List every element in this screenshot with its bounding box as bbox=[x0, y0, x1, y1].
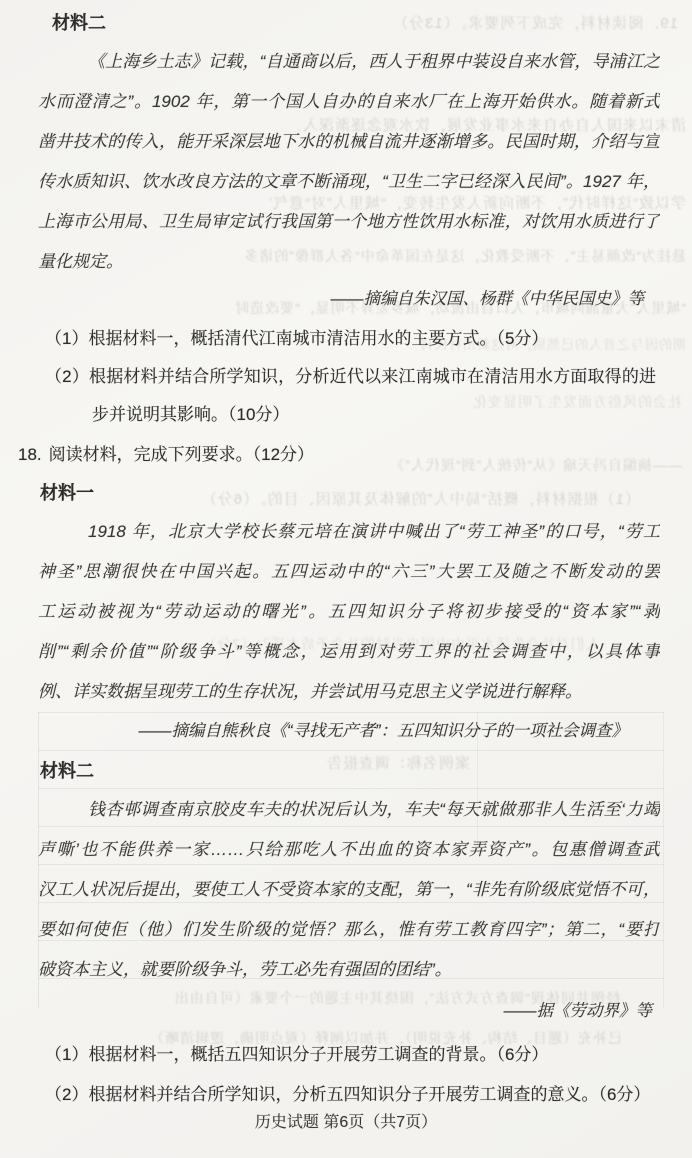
material-text-line: 《上海乡土志》记载，“自通商以后，西人于租界中装设自来水管，导浦江之 bbox=[38, 42, 660, 82]
material-two-label-q17: 材料二 bbox=[52, 8, 106, 38]
material-one-paragraph-q18: 1918 年，北京大学校长蔡元培在演讲中喊出了“劳工神圣”的口号，“劳工 神圣”… bbox=[38, 512, 660, 712]
question-18-heading: 18.阅读材料，完成下列要求。（12分） bbox=[18, 438, 314, 472]
exam-paper-page: 19．阅读材料，完成下列要求。（13分） 清末以来国人自办自来水事业发展，饮水观… bbox=[0, 0, 692, 1158]
question-17-2-line1: （2）根据材料并结合所学知识，分析近代以来江南城市在清洁用水方面取得的进 bbox=[45, 360, 656, 394]
material-one-source-q18: ——摘编自熊秋良《“寻找无产者”：五四知识分子的一项社会调查》 bbox=[38, 716, 628, 746]
page-footer: 历史试题 第6页（共7页） bbox=[0, 1108, 692, 1138]
material-two-paragraph-q17: 《上海乡土志》记载，“自通商以后，西人于租界中装设自来水管，导浦江之 水而澄清之… bbox=[38, 42, 660, 282]
material-text-line: 要如何使佢（他）们发生阶级的觉悟？那么，惟有劳工教育四字”；第二，“要打 bbox=[38, 910, 660, 950]
material-text-line: 上海市公用局、卫生局审定试行我国第一个地方性饮用水标准，对饮用水质进行了 bbox=[38, 202, 660, 242]
bleedthrough-text: 社会的风俗方面发生了明显变化 bbox=[430, 392, 682, 412]
material-text-line: 凿井技术的传入，能开采深层地下水的机械自流井逐渐增多。民国时期，介绍与宣 bbox=[38, 122, 660, 162]
question-18-2: （2）根据材料并结合所学知识，分析五四知识分子开展劳工调查的意义。（6分） bbox=[45, 1078, 650, 1112]
material-text-line: 汉工人状况后提出，要使工人不受资本家的支配，第一，“非先有阶级底觉悟不可， bbox=[38, 870, 660, 910]
material-text-line: 量化规定。 bbox=[38, 242, 660, 282]
bleedthrough-text: （1）根据材料，概括“局中人”的解体及其原因、目的。（6分） bbox=[168, 488, 640, 509]
material-text-line: 破资本主义，就要阶级争斗，劳工必先有强固的团结”。 bbox=[38, 950, 660, 990]
material-two-source-q18: ——据《劳动界》等 bbox=[38, 996, 652, 1026]
material-text-line: 工运动被视为“劳动运动的曙光”。五四知识分子将初步接受的“资本家”“剥 bbox=[38, 592, 660, 632]
material-text-line: 水而澄清之”。1902 年，第一个国人自办的自来水厂在上海开始供水。随着新式 bbox=[38, 82, 660, 122]
question-17-1: （1）根据材料一，概括清代江南城市清洁用水的主要方式。（5分） bbox=[45, 322, 548, 356]
material-text-line: 神圣”思潮很快在中国兴起。五四运动中的“六三”大罢工及随之不断发动的罢 bbox=[38, 552, 660, 592]
material-one-label-q18: 材料一 bbox=[40, 478, 94, 508]
bleedthrough-text: ——摘编自冯天瑜《从“传统人”到“现代人”》 bbox=[300, 455, 682, 475]
material-text-line: 1918 年，北京大学校长蔡元培在演讲中喊出了“劳工神圣”的口号，“劳工 bbox=[38, 512, 660, 552]
material-text-line: 传水质知识、饮水改良方法的文章不断涌现，“卫生二字已经深入民间”。1927 年， bbox=[38, 162, 660, 202]
question-17-2-line2: 步并说明其影响。（10分） bbox=[92, 398, 289, 432]
question-18-number: 18. bbox=[18, 438, 42, 472]
material-two-label-q18: 材料二 bbox=[40, 756, 94, 786]
bleedthrough-text: 19．阅读材料，完成下列要求。（13分） bbox=[386, 12, 678, 33]
bleedthrough-text: 案例名称：调查报告 bbox=[248, 752, 470, 773]
material-two-paragraph-q18: 钱杏邨调查南京胶皮车夫的状况后认为，车夫“每天就做那非人生活至‘力竭 声嘶’也不… bbox=[38, 790, 660, 990]
material-text-line: 削”“剩余价值”“阶级争斗”等概念，运用到对劳工界的社会调查中，以具体事 bbox=[38, 632, 660, 672]
material-two-source-q17: ——摘编自朱汉国、杨群《中华民国史》等 bbox=[38, 284, 644, 314]
question-18-intro: 阅读材料，完成下列要求。（12分） bbox=[49, 445, 314, 464]
material-text-line: 钱杏邨调查南京胶皮车夫的状况后认为，车夫“每天就做那非人生活至‘力竭 bbox=[38, 790, 660, 830]
question-18-1: （1）根据材料一，概括五四知识分子开展劳工调查的背景。（6分） bbox=[45, 1038, 548, 1072]
material-text-line: 例、详实数据呈现劳工的生存状况，并尝试用马克思主义学说进行解释。 bbox=[38, 672, 660, 712]
material-text-line: 声嘶’也不能供养一家……只给那吃人不出血的资本家弄资产”。包惠僧调查武 bbox=[38, 830, 660, 870]
